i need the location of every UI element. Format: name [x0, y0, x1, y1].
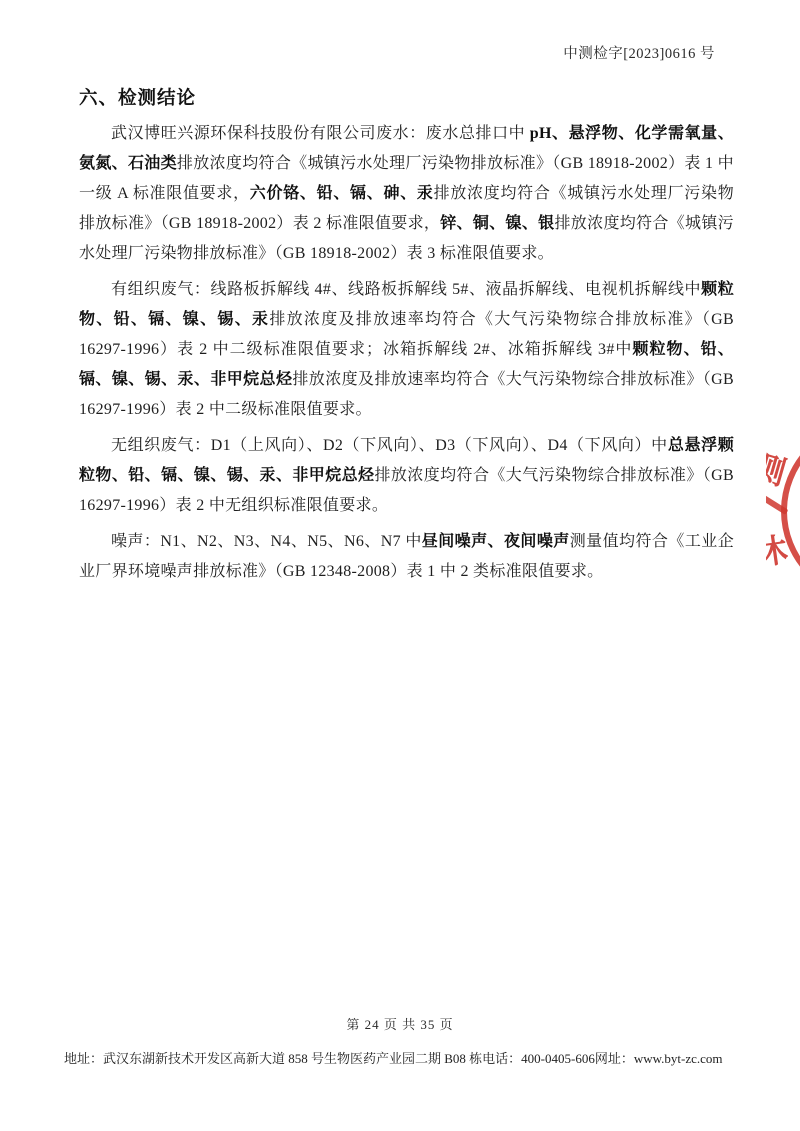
body-text: 噪声：N1、N2、N3、N4、N5、N6、N7 中: [111, 533, 422, 550]
seal-stroke: [766, 495, 788, 515]
section-title: 六、检测结论: [79, 84, 196, 110]
website-text: 网址：www.byt-zc.com: [595, 1048, 723, 1067]
contact-footer: 地址：武汉东湖新技术开发区高新大道 858 号生物医药产业园二期 B08 栋 电…: [64, 1048, 716, 1067]
body-text: 无组织废气：D1（上风向）、D2（下风向）、D3（下风向）、D4（下风向）中: [111, 437, 668, 454]
phone-text: 电话：400-0405-606: [482, 1048, 595, 1067]
red-seal-stamp-icon: 测 沐: [766, 418, 800, 598]
address-text: 地址：武汉东湖新技术开发区高新大道 858 号生物医药产业园二期 B08 栋: [64, 1048, 482, 1067]
emphasized-text: 锌、铜、镍、银: [440, 215, 554, 232]
emphasized-text: 六价铬、铅、镉、砷、汞: [250, 185, 434, 202]
report-body: 武汉博旺兴源环保科技股份有限公司废水：废水总排口中 pH、悬浮物、化学需氧量、氨…: [79, 119, 734, 593]
paragraph: 噪声：N1、N2、N3、N4、N5、N6、N7 中昼间噪声、夜间噪声测量值均符合…: [79, 527, 734, 587]
paragraph: 无组织废气：D1（上风向）、D2（下风向）、D3（下风向）、D4（下风向）中总悬…: [79, 431, 734, 521]
paragraph: 武汉博旺兴源环保科技股份有限公司废水：废水总排口中 pH、悬浮物、化学需氧量、氨…: [79, 119, 734, 269]
seal-glyph: 测: [766, 440, 792, 494]
seal-glyph: 沐: [766, 524, 790, 575]
doc-reference-number: 中测检字[2023]0616 号: [563, 42, 715, 63]
emphasized-text: 昼间噪声、夜间噪声: [422, 533, 570, 550]
document-page: 中测检字[2023]0616 号 六、检测结论 武汉博旺兴源环保科技股份有限公司…: [0, 0, 800, 1131]
body-text: 有组织废气：线路板拆解线 4#、线路板拆解线 5#、液晶拆解线、电视机拆解线中: [111, 281, 701, 298]
page-indicator: 第 24 页 共 35 页: [0, 1014, 800, 1033]
body-text: 武汉博旺兴源环保科技股份有限公司废水：废水总排口中: [111, 125, 530, 142]
paragraph: 有组织废气：线路板拆解线 4#、线路板拆解线 5#、液晶拆解线、电视机拆解线中颗…: [79, 275, 734, 425]
seal-ring: [781, 420, 800, 598]
